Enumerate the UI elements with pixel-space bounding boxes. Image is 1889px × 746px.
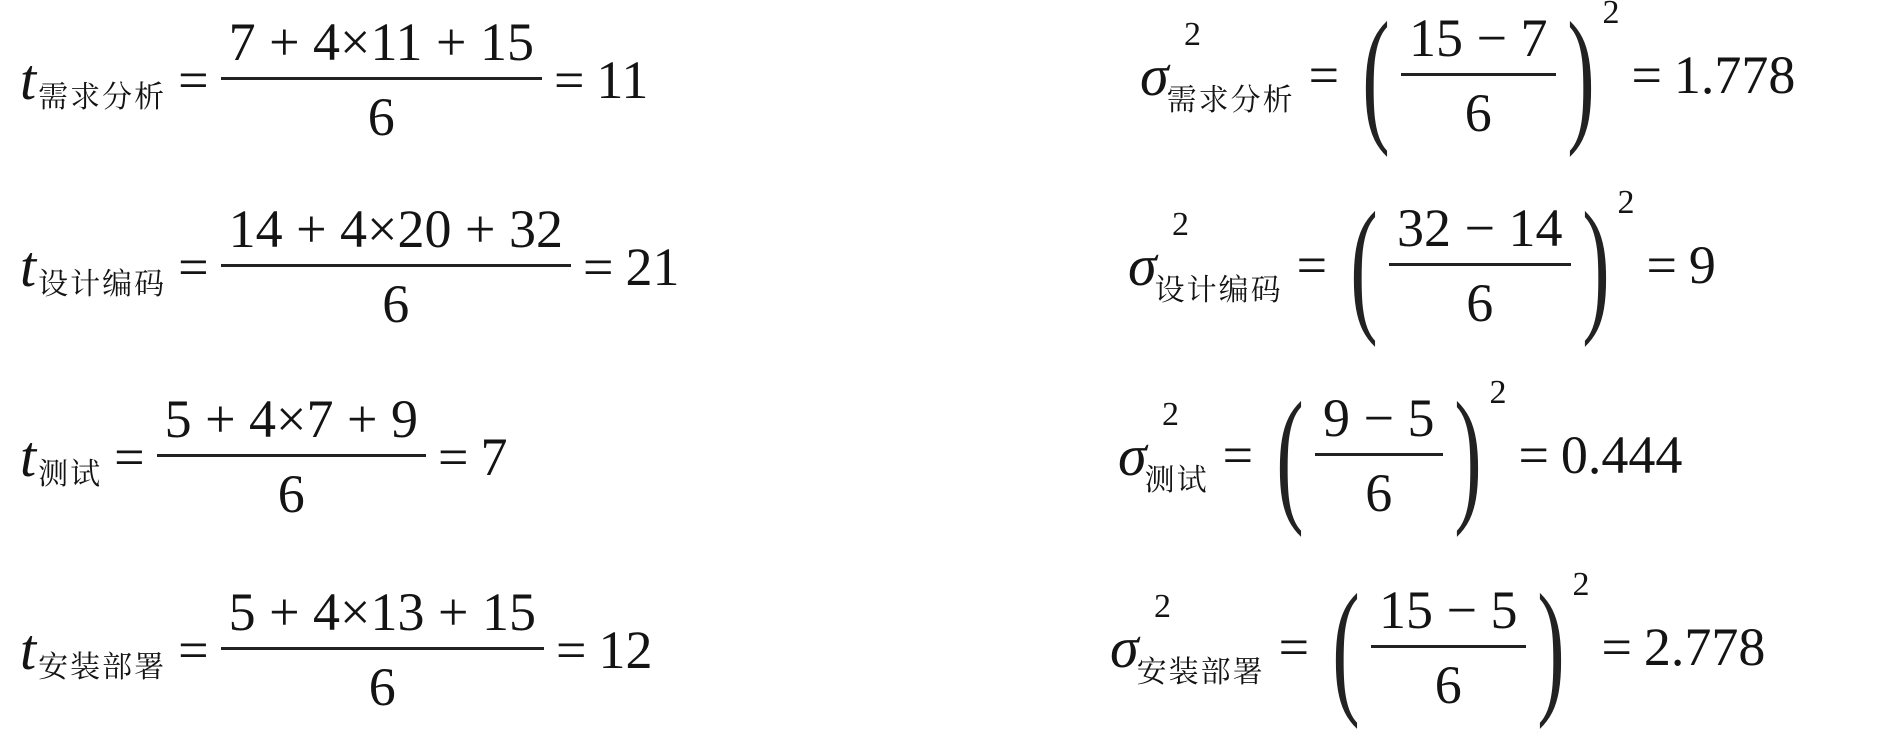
sigma-term: σ 2 [1128, 232, 1157, 299]
equals-sign: = [556, 619, 586, 681]
numerator: 14 + 4×20 + 32 [221, 202, 571, 264]
expected-time-eq-2: t 测试 = 5 + 4×7 + 9 6 = 7 [20, 392, 507, 521]
sigma-term: σ 2 [1110, 614, 1139, 681]
fraction: 9 − 5 6 [1315, 391, 1442, 520]
equals-sign: = [1601, 616, 1631, 678]
expected-time-eq-1: t 设计编码 = 14 + 4×20 + 32 6 = 21 [20, 202, 679, 331]
equals-sign: = [583, 236, 613, 298]
t-symbol: t [20, 46, 36, 113]
right-paren: ) [1567, 0, 1594, 150]
sigma-symbol: σ [1110, 614, 1139, 681]
parenthesized-fraction: ( 9 − 5 6 ) 2 [1265, 380, 1492, 530]
parenthesized-fraction: ( 15 − 7 6 ) 2 [1351, 0, 1605, 150]
denominator: 6 [1435, 648, 1462, 712]
task-subscript: 测试 [1145, 455, 1209, 499]
variance-eq-0: σ 2 需求分析 = ( 15 − 7 6 ) 2 = 1.778 [1140, 0, 1795, 150]
task-subscript: 测试 [38, 449, 102, 493]
numerator: 5 + 4×7 + 9 [157, 392, 426, 454]
result: 2.778 [1644, 616, 1766, 678]
fraction: 15 − 7 6 [1401, 11, 1555, 140]
result: 0.444 [1561, 424, 1683, 486]
variance-eq-3: σ 2 安装部署 = ( 15 − 5 6 ) 2 = 2.778 [1110, 572, 1765, 722]
sigma-term: σ 2 [1118, 422, 1147, 489]
numerator: 7 + 4×11 + 15 [221, 15, 542, 77]
result: 12 [598, 619, 652, 681]
sigma-term: σ 2 [1140, 42, 1169, 109]
numerator: 15 − 5 [1371, 583, 1525, 645]
left-paren: ( [1362, 0, 1389, 150]
equals-sign: = [178, 49, 208, 111]
t-symbol: t [20, 233, 36, 300]
equals-sign: = [178, 619, 208, 681]
result: 11 [596, 49, 648, 111]
denominator: 6 [382, 267, 409, 331]
equals-sign: = [178, 236, 208, 298]
exponent: 2 [1489, 374, 1506, 412]
denominator: 6 [278, 457, 305, 521]
exponent: 2 [1617, 184, 1634, 222]
result: 9 [1689, 234, 1716, 296]
sigma-symbol: σ [1140, 42, 1169, 109]
parenthesized-fraction: ( 32 − 14 6 ) 2 [1339, 190, 1620, 340]
exponent: 2 [1572, 566, 1589, 604]
denominator: 6 [1466, 266, 1493, 330]
equals-sign: = [114, 426, 144, 488]
result: 21 [625, 236, 679, 298]
parenthesized-fraction: ( 15 − 5 6 ) 2 [1321, 572, 1575, 722]
result: 7 [480, 426, 507, 488]
numerator: 32 − 14 [1389, 201, 1570, 263]
variance-eq-2: σ 2 测试 = ( 9 − 5 6 ) 2 = 0.444 [1118, 380, 1682, 530]
denominator: 6 [368, 80, 395, 144]
equals-sign: = [1297, 234, 1327, 296]
t-symbol: t [20, 423, 36, 490]
denominator: 6 [1365, 456, 1392, 520]
numerator: 15 − 7 [1401, 11, 1555, 73]
variance-eq-1: σ 2 设计编码 = ( 32 − 14 6 ) 2 = 9 [1128, 190, 1716, 340]
numerator: 9 − 5 [1315, 391, 1442, 453]
fraction: 15 − 5 6 [1371, 583, 1525, 712]
fraction: 7 + 4×11 + 15 6 [221, 15, 542, 144]
denominator: 6 [1465, 76, 1492, 140]
equals-sign: = [554, 49, 584, 111]
sigma-symbol: σ [1118, 422, 1147, 489]
exponent: 2 [1602, 0, 1619, 32]
equals-sign: = [1279, 616, 1309, 678]
task-subscript: 设计编码 [38, 259, 166, 303]
equals-sign: = [1223, 424, 1253, 486]
right-paren: ) [1537, 572, 1564, 722]
equals-sign: = [1309, 44, 1339, 106]
fraction: 32 − 14 6 [1389, 201, 1570, 330]
task-subscript: 设计编码 [1155, 265, 1283, 309]
result: 1.778 [1674, 44, 1796, 106]
equals-sign: = [438, 426, 468, 488]
sigma-symbol: σ [1128, 232, 1157, 299]
fraction: 5 + 4×7 + 9 6 [157, 392, 426, 521]
sigma-power: 2 [1162, 396, 1179, 434]
expected-time-eq-3: t 安装部署 = 5 + 4×13 + 15 6 = 12 [20, 585, 652, 714]
sigma-power: 2 [1154, 588, 1171, 626]
task-subscript: 安装部署 [1137, 647, 1265, 691]
task-subscript: 需求分析 [38, 72, 166, 116]
sigma-power: 2 [1184, 16, 1201, 54]
expected-time-eq-0: t 需求分析 = 7 + 4×11 + 15 6 = 11 [20, 15, 648, 144]
left-paren: ( [1276, 380, 1303, 530]
equals-sign: = [1518, 424, 1548, 486]
equals-sign: = [1646, 234, 1676, 296]
t-symbol: t [20, 616, 36, 683]
equals-sign: = [1631, 44, 1661, 106]
left-paren: ( [1350, 190, 1377, 340]
numerator: 5 + 4×13 + 15 [221, 585, 544, 647]
left-paren: ( [1332, 572, 1359, 722]
fraction: 14 + 4×20 + 32 6 [221, 202, 571, 331]
task-subscript: 安装部署 [38, 642, 166, 686]
fraction: 5 + 4×13 + 15 6 [221, 585, 544, 714]
right-paren: ) [1582, 190, 1609, 340]
right-paren: ) [1454, 380, 1481, 530]
task-subscript: 需求分析 [1167, 75, 1295, 119]
sigma-power: 2 [1172, 206, 1189, 244]
denominator: 6 [369, 650, 396, 714]
